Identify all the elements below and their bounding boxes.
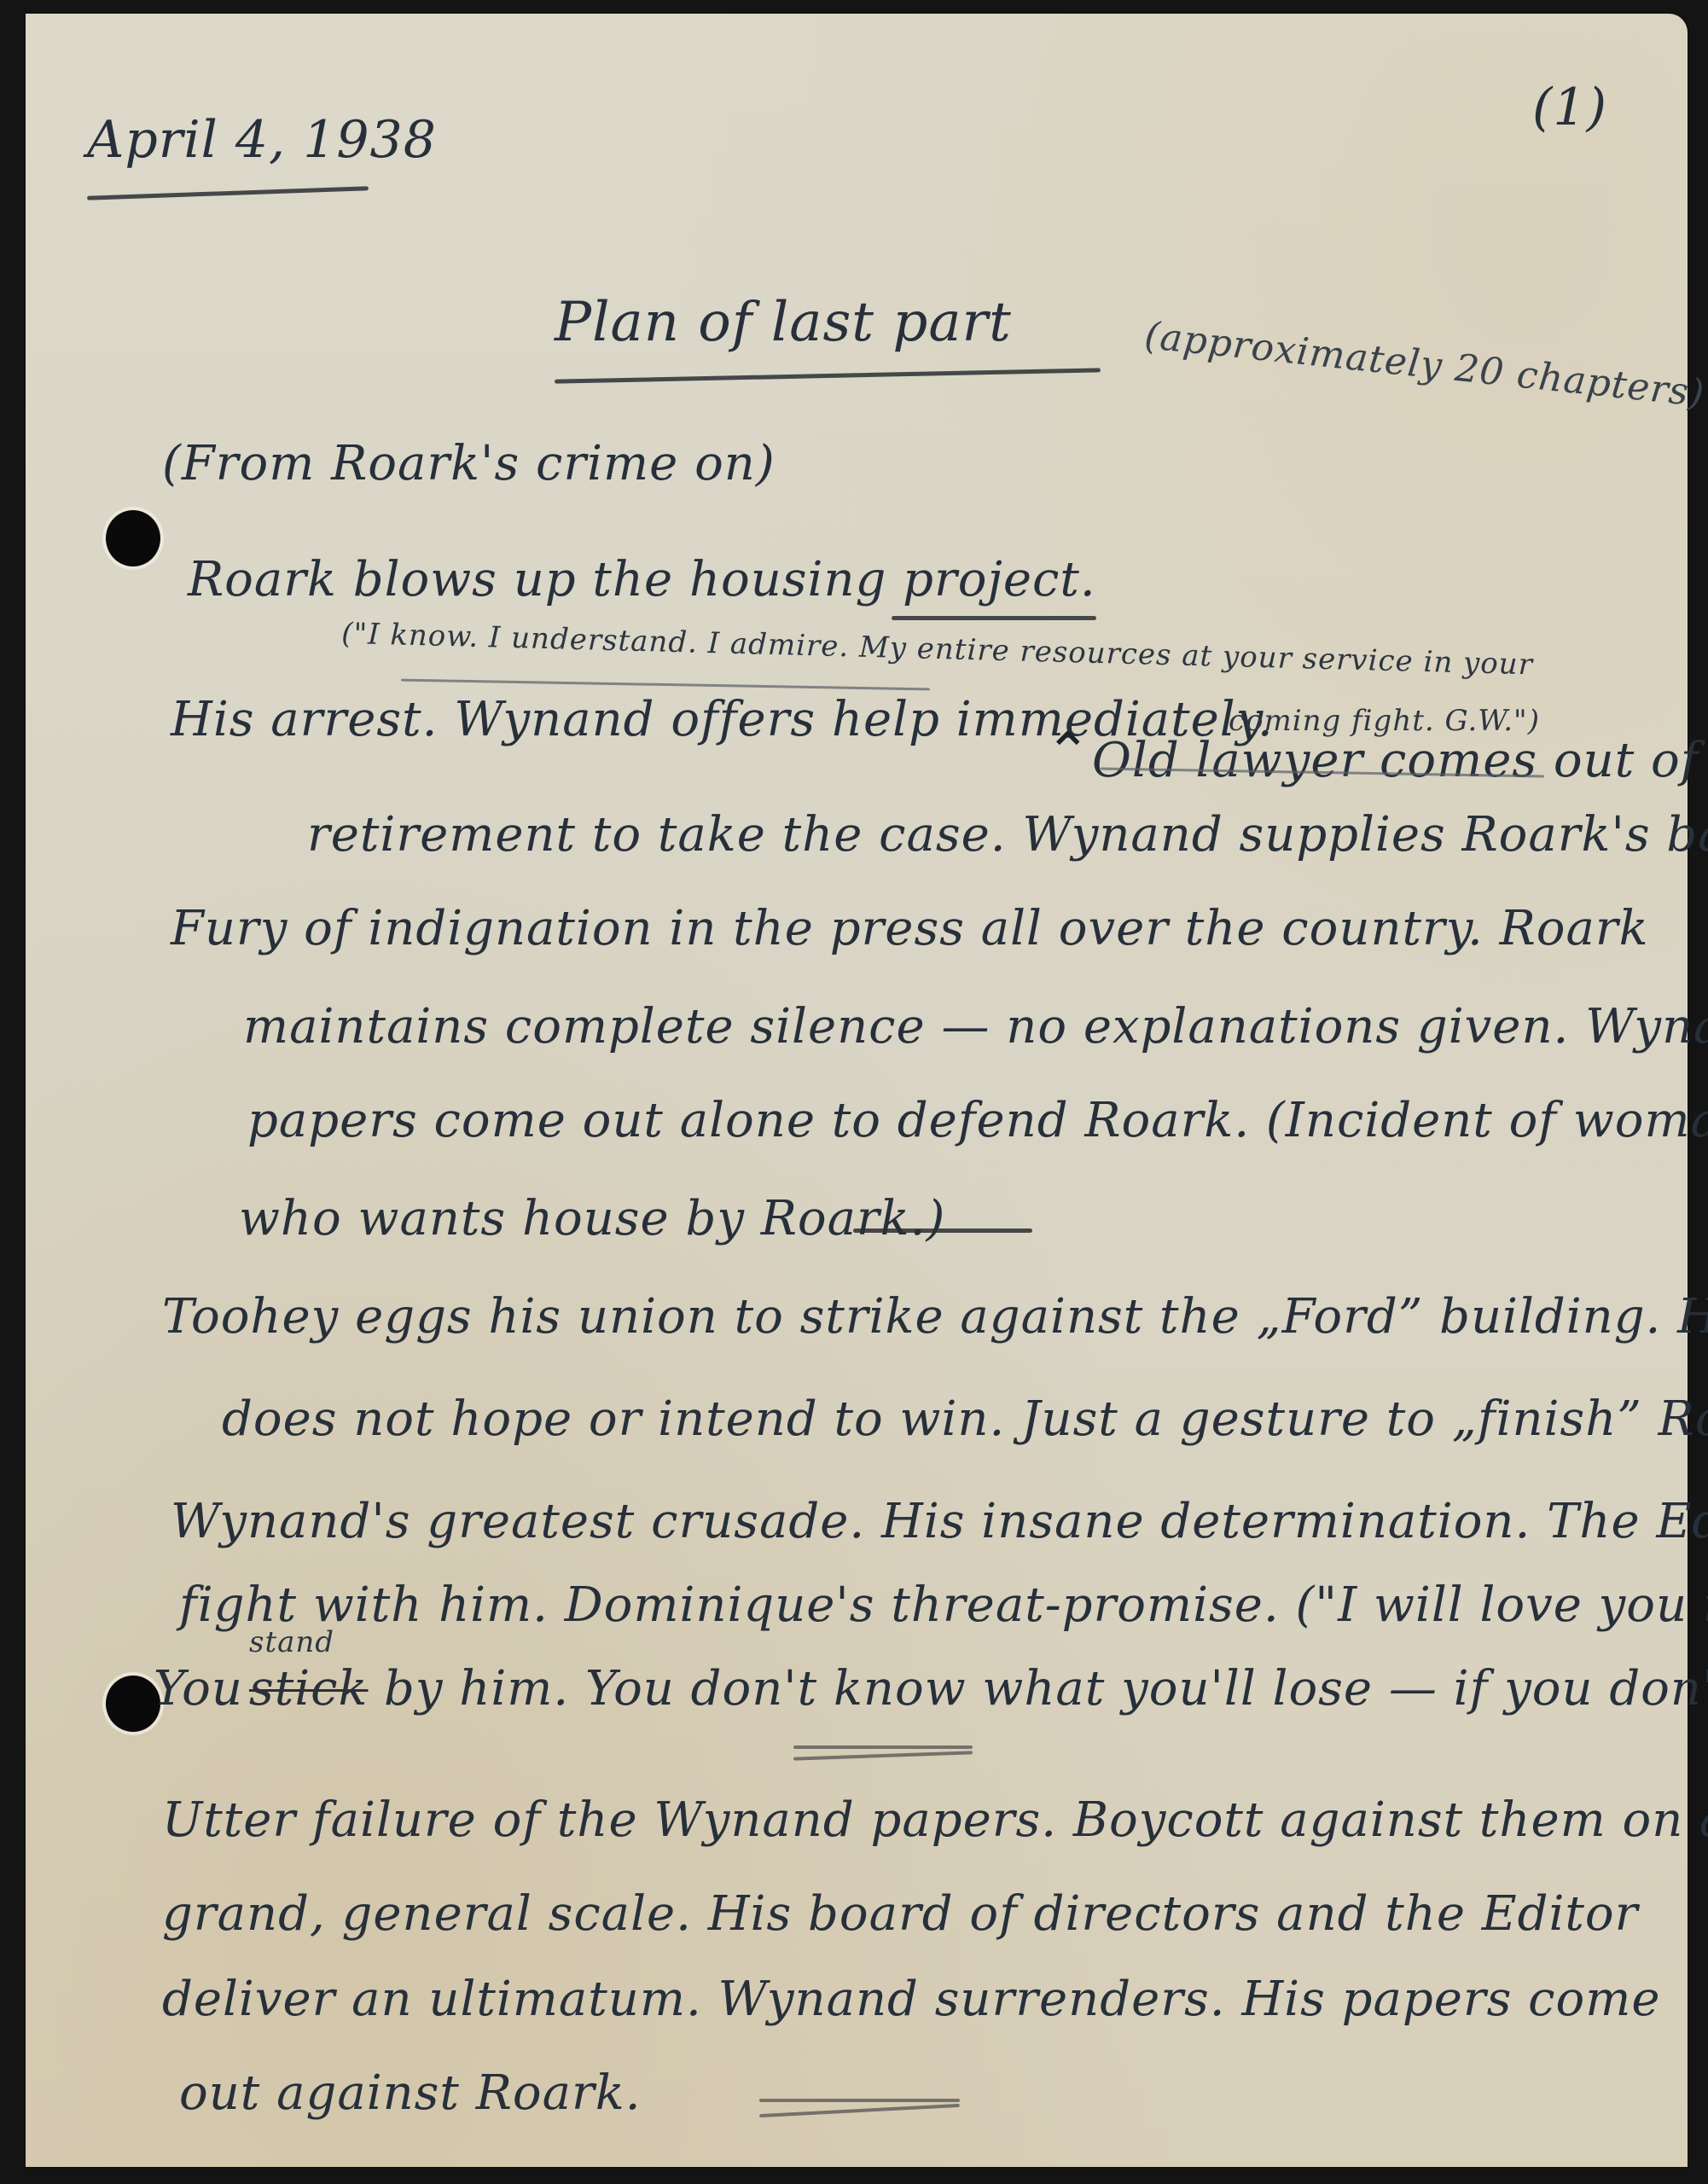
interlinear-insertion: ("I know. I understand. I admire. My ent… <box>341 619 1534 680</box>
manuscript-line: by him. You don't know what you'll lose … <box>384 1665 1708 1713</box>
title-underline <box>555 368 1101 383</box>
manuscript-line: Toohey eggs his union to strike against … <box>162 1293 1708 1341</box>
manuscript-line: out against Roark. <box>179 2070 642 2117</box>
manuscript-line: fight with him. Dominique's threat-promi… <box>179 1582 1708 1629</box>
date: April 4, 1938 <box>87 114 437 166</box>
manuscript-line: papers come out alone to defend Roark. (… <box>247 1097 1708 1145</box>
manuscript-line-prefix: You <box>154 1665 243 1713</box>
punch-hole-bottom <box>106 1676 160 1732</box>
manuscript-line: retirement to take the case. Wynand supp… <box>307 811 1708 859</box>
project-underline <box>892 616 1096 620</box>
page-number: (1) <box>1532 82 1607 133</box>
crossed-out-word: stick <box>249 1665 368 1713</box>
manuscript-page: April 4, 1938 (1) Plan of last part (app… <box>26 14 1688 2167</box>
manuscript-line: Roark blows up the housing project. <box>188 556 1096 604</box>
double-rule-1a <box>793 1745 973 1749</box>
manuscript-line: grand, general scale. His board of direc… <box>162 1891 1638 1938</box>
manuscript-line: deliver an ultimatum. Wynand surrenders.… <box>162 1976 1660 2024</box>
double-rule-2a <box>759 2099 960 2102</box>
title-note: (approximately 20 chapters) <box>1143 317 1707 414</box>
punch-hole-top <box>106 510 160 566</box>
interlinear-insertion-continued: coming fight. G.W.") <box>1229 706 1540 735</box>
manuscript-line: who wants house by Roark.) <box>239 1195 945 1243</box>
manuscript-line: does not hope or intend to win. Just a g… <box>222 1396 1708 1443</box>
date-underline <box>87 186 369 200</box>
manuscript-line: Wynand's greatest crusade. His insane de… <box>171 1498 1708 1546</box>
manuscript-line: Old lawyer comes out of <box>1092 737 1699 785</box>
manuscript-line: Utter failure of the Wynand papers. Boyc… <box>162 1797 1708 1844</box>
double-rule-1b <box>793 1751 973 1760</box>
double-rule-2b <box>759 2104 960 2117</box>
manuscript-line: Fury of indignation in the press all ove… <box>171 905 1649 953</box>
manuscript-line: maintains complete silence — no explanat… <box>243 1003 1708 1051</box>
correction-insertion: stand <box>249 1628 334 1657</box>
subtitle: (From Roark's crime on) <box>162 440 776 488</box>
section-rule <box>853 1228 1032 1233</box>
insertion-bracket-line <box>401 679 930 691</box>
page-title: Plan of last part <box>555 295 1012 350</box>
insertion-caret-icon: ⌃ <box>1045 722 1091 785</box>
